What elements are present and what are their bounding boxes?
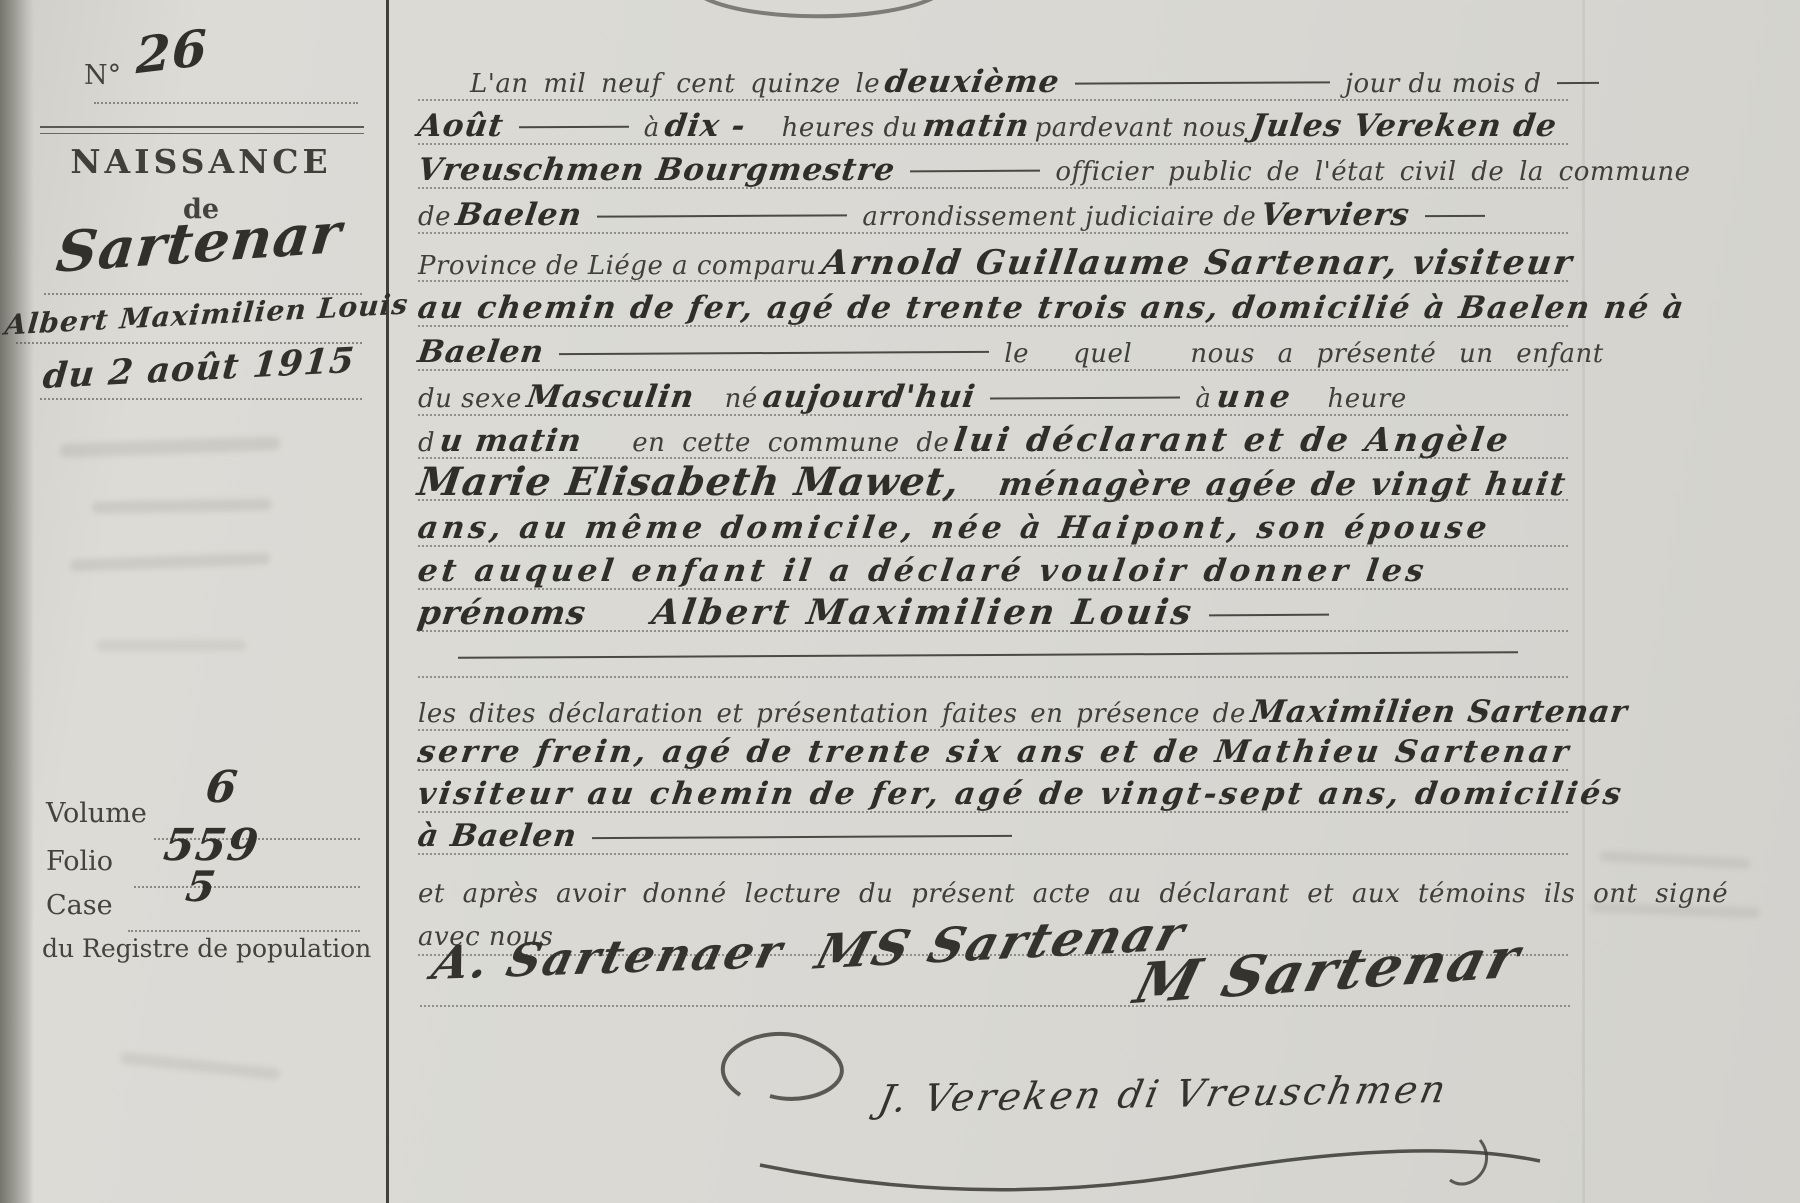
- printed-segment: jour du mois d: [1345, 69, 1542, 99]
- fill-dash: [1557, 81, 1599, 83]
- act-number-label: N°: [84, 60, 121, 91]
- act-line: d u matin en cette commune de lui déclar…: [418, 418, 1568, 462]
- printed-segment: à: [644, 113, 660, 143]
- fill-dash: [519, 125, 629, 128]
- margin-date: du 2 août 1915: [41, 340, 356, 397]
- handwritten-entry: Masculin: [524, 375, 698, 419]
- handwritten-entry: matin: [920, 104, 1033, 148]
- folio-label: Folio: [46, 846, 113, 877]
- handwritten-entry: u matin: [437, 419, 585, 463]
- handwritten-entry: au chemin de fer, agé de trente trois an…: [415, 286, 1688, 330]
- printed-segment: arrondissement judiciaire de: [862, 202, 1256, 232]
- margin-column: N° 26 NAISSANCE de Sartenar Albert Maxim…: [36, 0, 366, 1203]
- handwritten-entry: Août: [415, 104, 507, 148]
- bleed-through-mark: [96, 640, 246, 651]
- printed-segment: les dites déclaration et présentation fa…: [418, 699, 1246, 729]
- handwritten-entry: Jules Vereken de: [1248, 104, 1560, 148]
- act-line: Baelen le quel nous a présenté un enfant: [418, 330, 1568, 374]
- act-line: ans, au même domicile, née à Haipont, so…: [418, 506, 1568, 550]
- act-line: prénoms Albert Maximilien Louis: [418, 591, 1568, 635]
- volume-value: 6: [203, 762, 241, 813]
- printed-segment: à: [1195, 384, 1211, 414]
- signature-paraph-flourish: [700, 1000, 1560, 1200]
- act-line: Vreuschmen Bourgmestre officier public d…: [418, 148, 1568, 192]
- act-line: et auquel enfant il a déclaré vouloir do…: [418, 549, 1568, 593]
- handwritten-entry: serre frein, agé de trente six ans et de…: [415, 730, 1574, 774]
- handwritten-entry: ménagère agée de vingt huit: [996, 462, 1570, 506]
- act-number-value: 26: [136, 18, 208, 85]
- fill-dash: [559, 350, 989, 354]
- handwritten-entry: à Baelen: [415, 814, 580, 858]
- printed-segment: heures du: [782, 113, 918, 143]
- act-line: Août à dix - heures du matin pardevant n…: [418, 104, 1568, 148]
- fill-dash: [990, 396, 1180, 399]
- handwritten-entry: Baelen: [453, 193, 585, 237]
- act-line: au chemin de fer, agé de trente trois an…: [418, 286, 1568, 330]
- birth-act-page: { "margin": { "no_label": "N°", "no_valu…: [0, 0, 1800, 1203]
- act-line: Province de Liége a comparu Arnold Guill…: [418, 241, 1568, 285]
- printed-segment: officier public de l'état civil de la co…: [1055, 157, 1690, 187]
- act-line: Marie Elisabeth Mawet, ménagère agée de …: [418, 460, 1568, 504]
- handwritten-entry: Albert Maximilien Louis: [649, 591, 1197, 635]
- handwritten-entry: Baelen: [415, 330, 547, 374]
- printed-segment: de: [418, 202, 451, 232]
- fill-dash: [910, 169, 1040, 172]
- act-line: et après avoir donné lecture du présent …: [418, 872, 1568, 916]
- act-line: à Baelen: [418, 814, 1568, 858]
- fill-dash: [1075, 81, 1330, 84]
- case-label: Case: [46, 890, 113, 921]
- signature-declarant: A. Sartenaer: [427, 924, 789, 990]
- act-line: L'an mil neuf cent quinze le deuxième jo…: [418, 60, 1568, 104]
- handwritten-entry: Maximilien Sartenar: [1248, 690, 1631, 734]
- act-body: L'an mil neuf cent quinze le deuxième jo…: [418, 60, 1568, 965]
- bleed-through-mark: [1600, 851, 1750, 869]
- printed-segment: heure: [1328, 384, 1407, 414]
- printed-segment: et après avoir donné lecture du présent …: [418, 879, 1728, 909]
- act-line: [418, 637, 1568, 681]
- fill-dash: [597, 214, 847, 217]
- top-cut-flourish: [690, 0, 950, 24]
- case-value: 5: [183, 862, 219, 911]
- handwritten-entry: Arnold Guillaume Sartenar, visiteur: [819, 241, 1576, 285]
- printed-segment: du sexe: [418, 384, 522, 414]
- dotted-line: [128, 930, 360, 932]
- act-title: NAISSANCE: [36, 142, 366, 181]
- bleed-through-mark: [1590, 902, 1760, 918]
- printed-segment: quel: [1073, 339, 1132, 369]
- handwritten-entry: deuxième: [882, 60, 1063, 104]
- fill-dash: [458, 651, 1518, 659]
- handwritten-entry: visiteur au chemin de fer, agé de vingt-…: [415, 772, 1627, 816]
- dotted-line: [134, 886, 360, 888]
- act-line: du sexe Masculin né aujourd'hui à une he…: [418, 375, 1568, 419]
- double-rule: [40, 126, 364, 134]
- registre-label: du Registre de population: [42, 934, 371, 963]
- handwritten-entry: aujourd'hui: [760, 375, 979, 419]
- dotted-line: [40, 398, 362, 400]
- margin-given-names: Albert Maximilien Louis: [3, 288, 410, 342]
- handwritten-entry: et auquel enfant il a déclaré vouloir do…: [415, 549, 1431, 593]
- handwritten-entry: dix -: [662, 104, 749, 148]
- act-line: visiteur au chemin de fer, agé de vingt-…: [418, 772, 1568, 816]
- volume-label: Volume: [46, 798, 147, 829]
- act-line: serre frein, agé de trente six ans et de…: [418, 730, 1568, 774]
- handwritten-entry: Verviers: [1258, 193, 1413, 237]
- printed-segment: Province de Liége a comparu: [418, 251, 817, 281]
- margin-rule-line: [386, 0, 389, 1203]
- handwritten-entry: Marie Elisabeth Mawet,: [415, 460, 962, 504]
- printed-segment: le: [1004, 339, 1029, 369]
- printed-segment: pardevant nous: [1035, 113, 1247, 143]
- handwritten-entry: prénoms: [415, 591, 589, 635]
- printed-segment: né: [725, 384, 758, 414]
- printed-segment: en cette commune de: [632, 428, 949, 458]
- fill-dash: [592, 834, 1012, 838]
- printed-segment: d: [418, 428, 435, 458]
- handwritten-entry: ans, au même domicile, née à Haipont, so…: [415, 506, 1494, 550]
- printed-segment: nous a présenté un enfant: [1190, 339, 1603, 369]
- handwritten-entry: Vreuschmen Bourgmestre: [415, 148, 898, 192]
- handwritten-entry: lui déclarant et de Angèle: [951, 418, 1514, 462]
- scan-binding-edge: [0, 0, 34, 1203]
- fill-dash: [1209, 613, 1329, 616]
- dotted-line: [94, 102, 358, 104]
- act-line: de Baelen arrondissement judiciaire de V…: [418, 193, 1568, 237]
- fill-dash: [1425, 214, 1485, 216]
- printed-segment: L'an mil neuf cent quinze le: [470, 69, 880, 99]
- handwritten-entry: une: [1213, 375, 1296, 419]
- act-line: les dites déclaration et présentation fa…: [418, 690, 1568, 734]
